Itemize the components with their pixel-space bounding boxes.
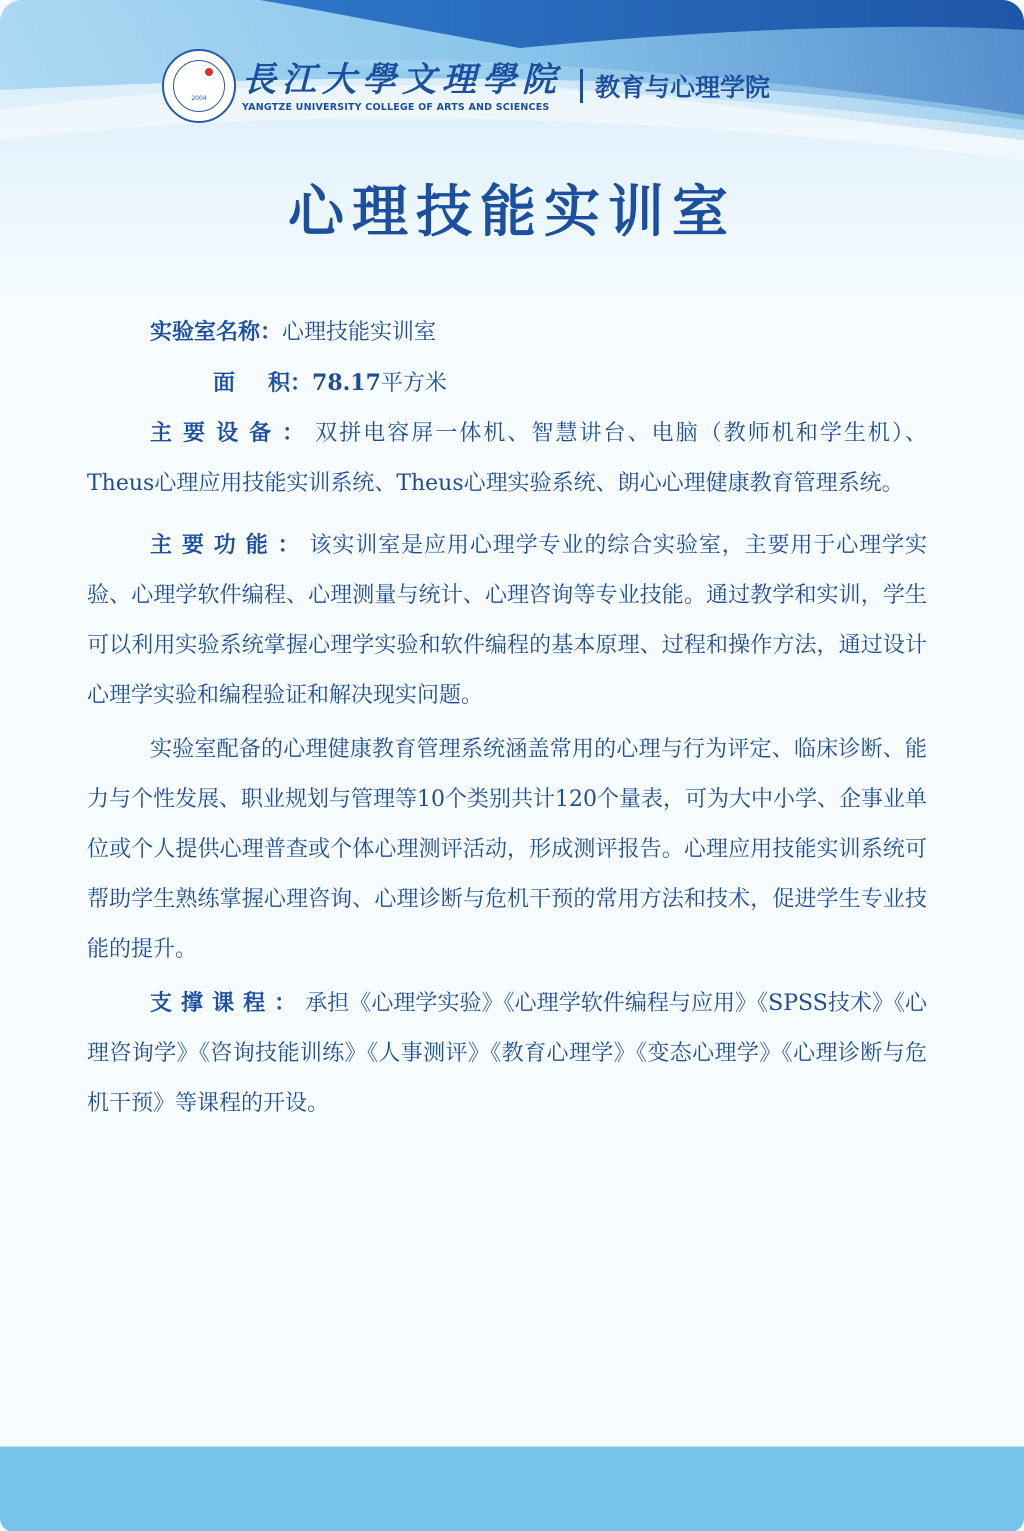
field-area: 面积：78.17平方米: [87, 358, 927, 409]
divider: [580, 69, 583, 103]
wave-decoration-icon: [0, 0, 1024, 300]
school-name: 長江大學文理學院 YANGTZE UNIVERSITY COLLEGE OF A…: [242, 60, 562, 113]
field-equipment: 主要设备：双拼电容屏一体机、智慧讲台、电脑（教师机和学生机）、Theus心理应用…: [87, 409, 927, 509]
lab-info: 实验室名称：心理技能实训室 面积：78.17平方米 主要设备：双拼电容屏一体机、…: [87, 308, 927, 1129]
field-name: 实验室名称：心理技能实训室: [87, 308, 927, 358]
field-functions-value: 该实训室是应用心理学专业的综合实验室，主要用于心理学实验、心理学软件编程、心理测…: [87, 533, 927, 708]
department-name: 教育与心理学院: [595, 68, 770, 104]
field-courses-label: 支撑课程：: [150, 991, 305, 1016]
field-equipment-label: 主要设备：: [150, 421, 315, 446]
field-name-value: 心理技能实训室: [282, 320, 436, 345]
field-area-number: 78.17: [312, 370, 381, 396]
footer-band: [0, 1446, 1024, 1531]
field-name-label: 实验室名称：: [150, 320, 282, 345]
header-banner: [0, 0, 1024, 300]
field-area-label-a: 面: [150, 359, 268, 409]
field-functions-label: 主要功能：: [150, 533, 310, 558]
logo-row: 2004 長江大學文理學院 YANGTZE UNIVERSITY COLLEGE…: [162, 48, 770, 124]
page-title: 心理技能实训室: [0, 170, 1024, 254]
field-area-unit: 平方米: [381, 371, 447, 396]
field-functions: 主要功能：该实训室是应用心理学专业的综合实验室，主要用于心理学实验、心理学软件编…: [87, 521, 927, 721]
field-courses: 支撑课程：承担《心理学实验》《心理学软件编程与应用》《SPSS技术》《心理咨询学…: [87, 979, 927, 1129]
seal-year: 2004: [164, 95, 234, 102]
system-paragraph: 实验室配备的心理健康教育管理系统涵盖常用的心理与行为评定、临床诊断、能力与个性发…: [87, 725, 927, 975]
school-name-en: YANGTZE UNIVERSITY COLLEGE OF ARTS AND S…: [242, 102, 562, 113]
field-area-label-b: 积：: [268, 371, 312, 396]
school-name-cn: 長江大學文理學院: [242, 60, 562, 100]
university-seal-icon: 2004: [162, 49, 236, 123]
